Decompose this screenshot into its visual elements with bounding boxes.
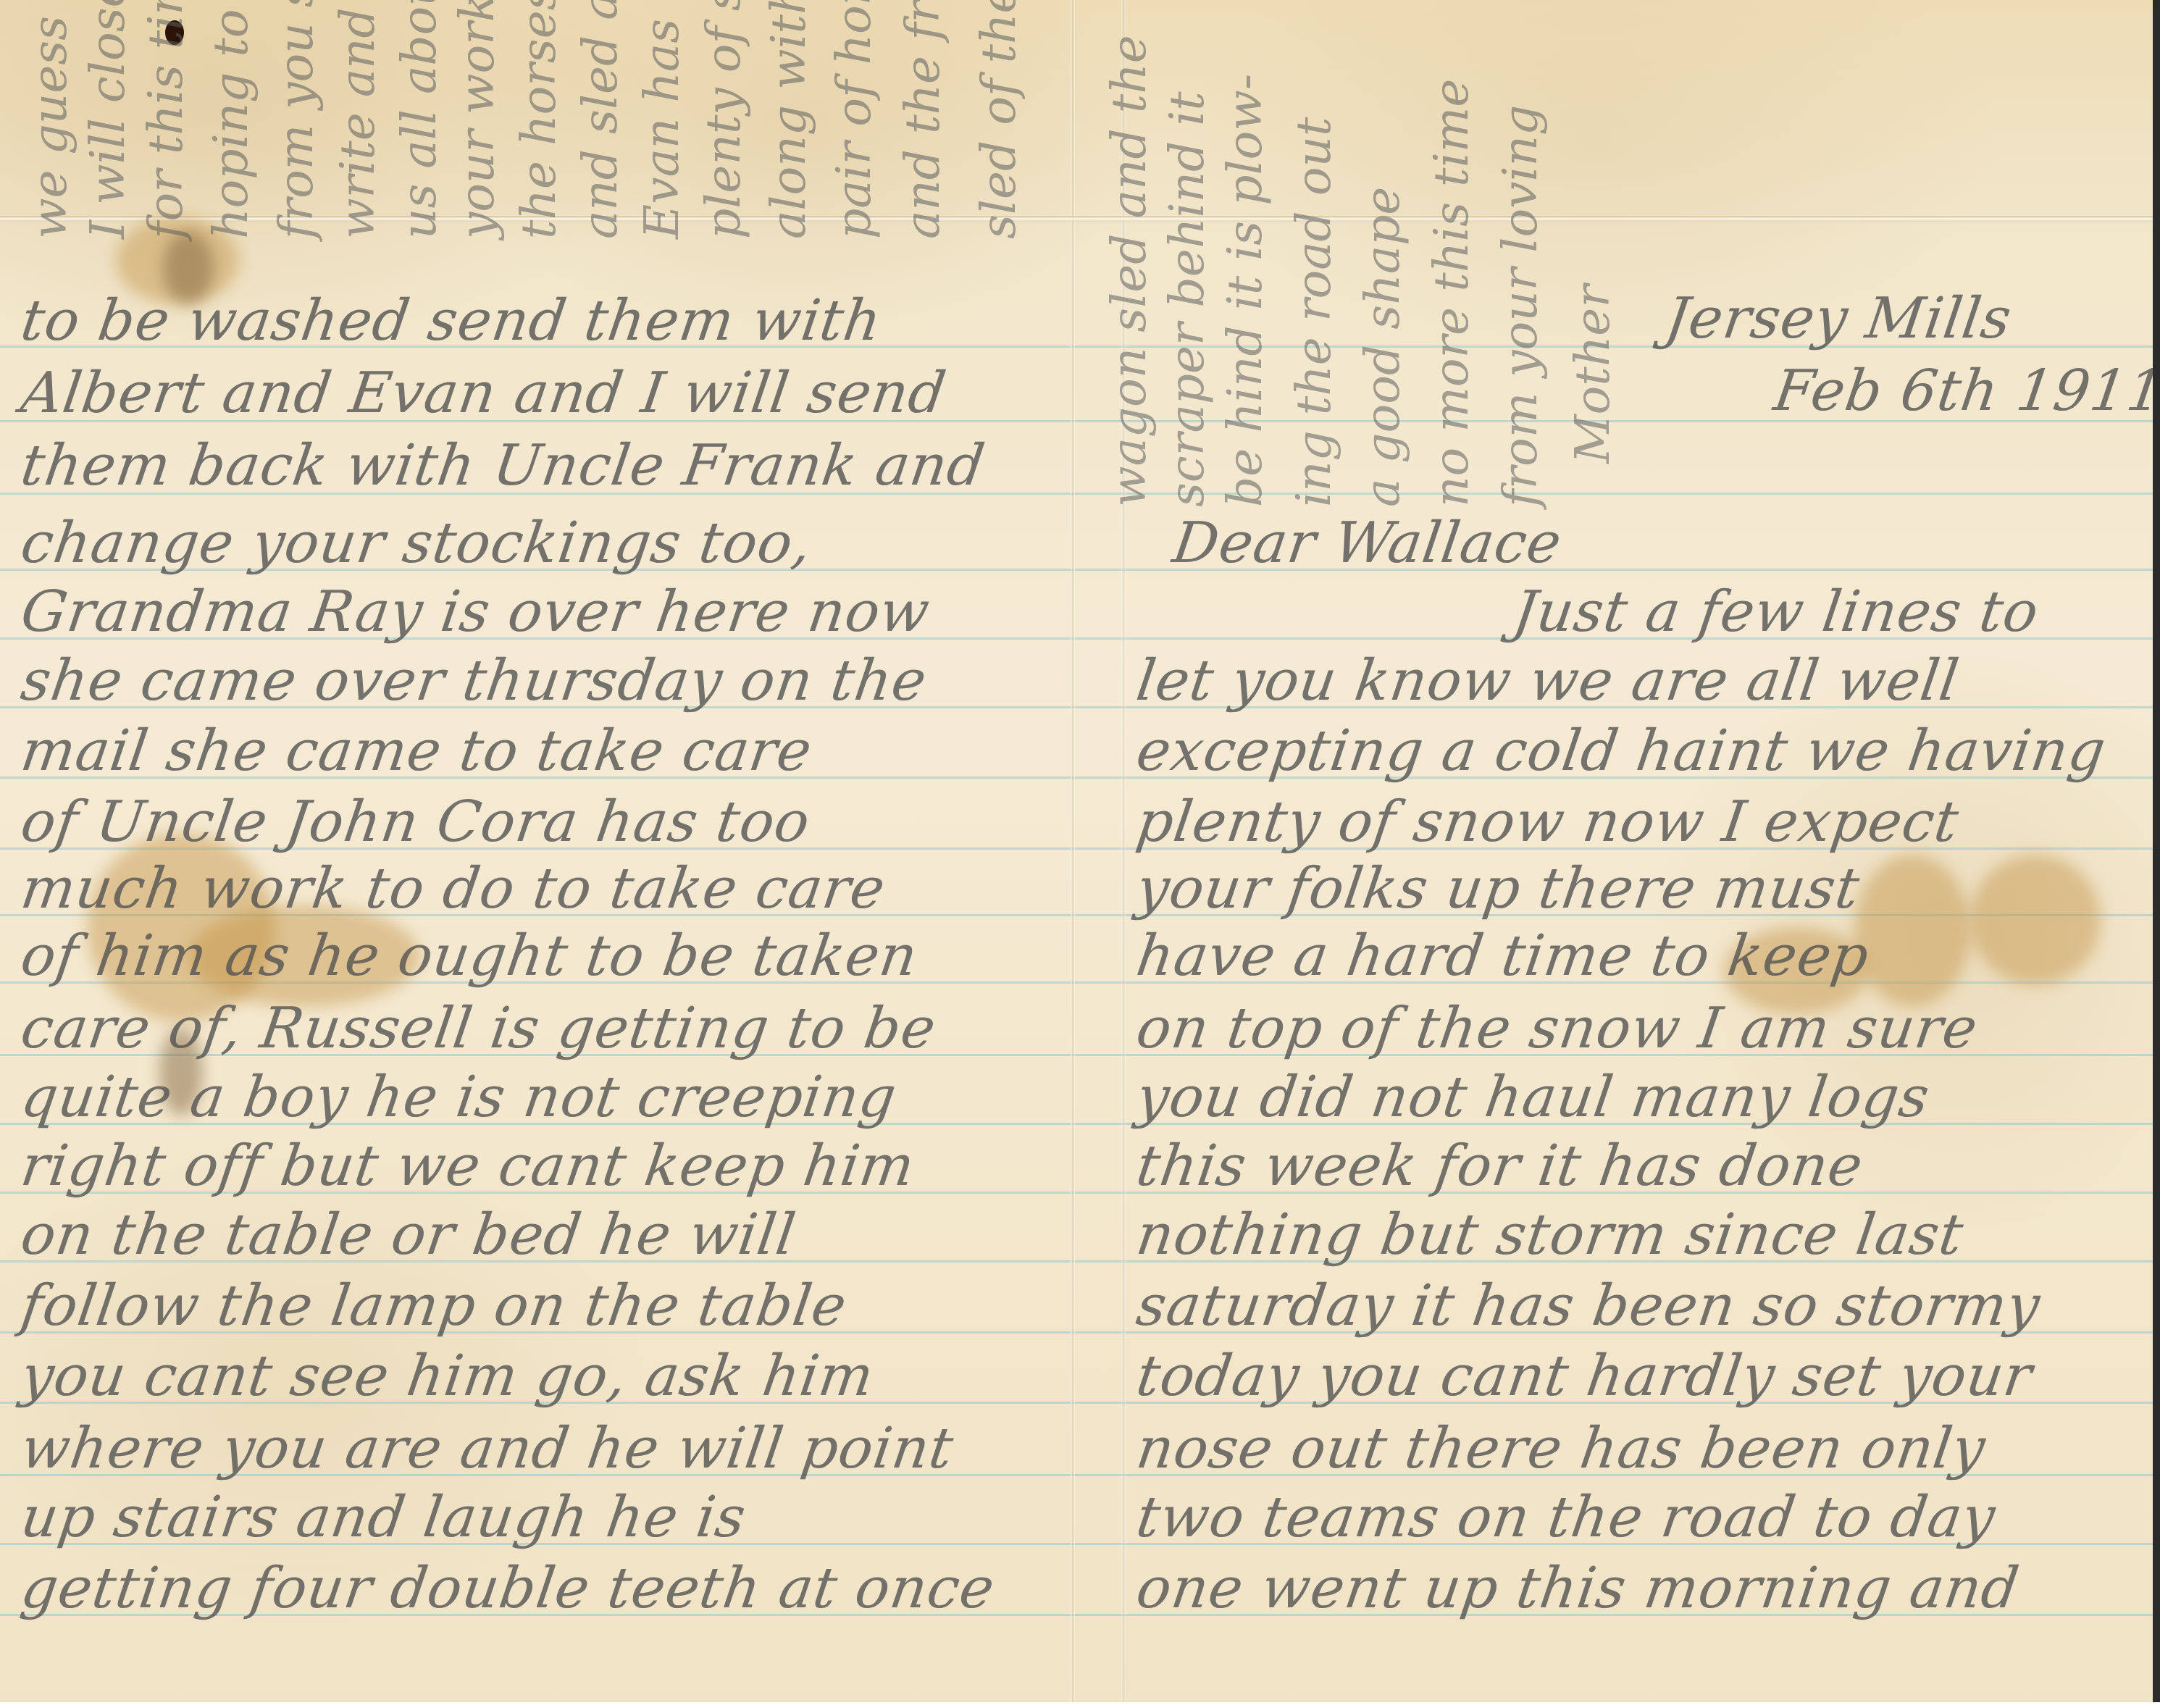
letter-line: nothing but storm since last — [1133, 1202, 1968, 1268]
letter-line: today you cant hardly set your — [1133, 1344, 2037, 1409]
rotated-line: your work and — [449, 0, 505, 239]
letter-line: of Uncle John Cora has too — [17, 790, 814, 855]
letter-line: Just a few lines to — [1510, 579, 2043, 645]
letter-line: plenty of snow now I expect — [1133, 790, 1963, 855]
rotated-line: pair of horses — [826, 0, 882, 239]
horizontal-fold — [0, 216, 2160, 222]
letter-line: excepting a cold haint we having — [1133, 719, 2110, 784]
letter-line: them back with Uncle Frank and — [17, 433, 989, 498]
rotated-line: along with a — [761, 0, 816, 239]
letter-line: much work to do to take care — [17, 856, 889, 921]
letter-line: on top of the snow I am sure — [1133, 996, 1982, 1061]
rotated-line: write and tell — [330, 0, 385, 239]
rotated-line: ing the road out — [1286, 117, 1341, 507]
letter-line: saturday it has been so stormy — [1133, 1273, 2045, 1339]
rotated-line: Evan has — [634, 19, 690, 239]
letter-line: of him as he ought to be taken — [17, 924, 922, 989]
rotated-line: from your loving — [1492, 105, 1548, 507]
letter-line: follow the lamp on the table — [17, 1273, 851, 1339]
rotated-line: us all about — [391, 0, 447, 239]
letter-place: Jersey Mills — [1662, 286, 2016, 351]
rotated-line: I will close — [80, 0, 135, 239]
letter-line: two teams on the road to day — [1133, 1485, 2000, 1550]
letter-line: getting four double teeth at once — [17, 1556, 999, 1621]
rotated-line: and the front — [895, 0, 950, 239]
letter-line: up stairs and laugh he is — [17, 1485, 750, 1550]
letter-line: she came over thursday on the — [17, 648, 931, 713]
center-fold — [1071, 0, 1075, 1708]
letter-line: have a hard time to keep — [1133, 924, 1873, 989]
rotated-line: Mother — [1565, 285, 1620, 464]
rotated-line: wagon sled and the — [1101, 35, 1157, 507]
letter-salutation: Dear Wallace — [1169, 511, 1566, 576]
letter-line: care of, Russell is getting to be — [17, 996, 940, 1061]
letter-line: right off but we cant keep him — [17, 1134, 919, 1199]
letter-scan: we guess I will close for this time hopi… — [0, 0, 2160, 1708]
letter-line: where you are and he will point — [17, 1416, 958, 1481]
letter-line: on the table or bed he will — [17, 1202, 800, 1268]
letter-line: one went up this morning and — [1133, 1556, 2023, 1621]
scan-edge — [2153, 0, 2160, 1708]
letter-line: Grandma Ray is over here now — [17, 579, 934, 645]
scan-edge — [0, 1702, 2160, 1708]
rotated-line: hoping to hear — [203, 0, 259, 239]
rotated-line: scraper behind it — [1159, 91, 1215, 507]
rotated-line: we guess — [22, 16, 78, 239]
rotated-line: sled of the — [971, 0, 1026, 239]
letter-line: this week for it has done — [1133, 1134, 1867, 1199]
rotated-line: be hind it is plow- — [1217, 74, 1273, 507]
rotated-line: plenty of snow — [695, 0, 751, 239]
rotated-line: for this time — [138, 0, 193, 239]
letter-date: Feb 6th 1911 — [1770, 359, 2160, 424]
water-stain — [1970, 855, 2101, 985]
letter-line: to be washed send them with — [17, 288, 886, 353]
letter-line: change your stockings too, — [17, 511, 816, 576]
letter-line: your folks up there must — [1133, 856, 1864, 921]
letter-line: you cant see him go, ask him — [17, 1344, 879, 1409]
rotated-line: from you soon — [268, 0, 324, 239]
rotated-line: and sled and — [572, 0, 628, 239]
letter-line: you did not haul many logs — [1133, 1065, 1934, 1130]
rotated-line: no more this time — [1423, 79, 1479, 507]
letter-line: Albert and Evan and I will send — [17, 361, 950, 426]
letter-line: nose out there has been only — [1133, 1416, 1990, 1481]
letter-line: mail she came to take care — [17, 719, 816, 784]
rotated-line: the horses — [511, 0, 566, 239]
letter-line: let you know we are all well — [1133, 648, 1963, 713]
rotated-line: a good shape — [1355, 187, 1410, 507]
letter-line: quite a boy he is not creeping — [17, 1065, 901, 1130]
